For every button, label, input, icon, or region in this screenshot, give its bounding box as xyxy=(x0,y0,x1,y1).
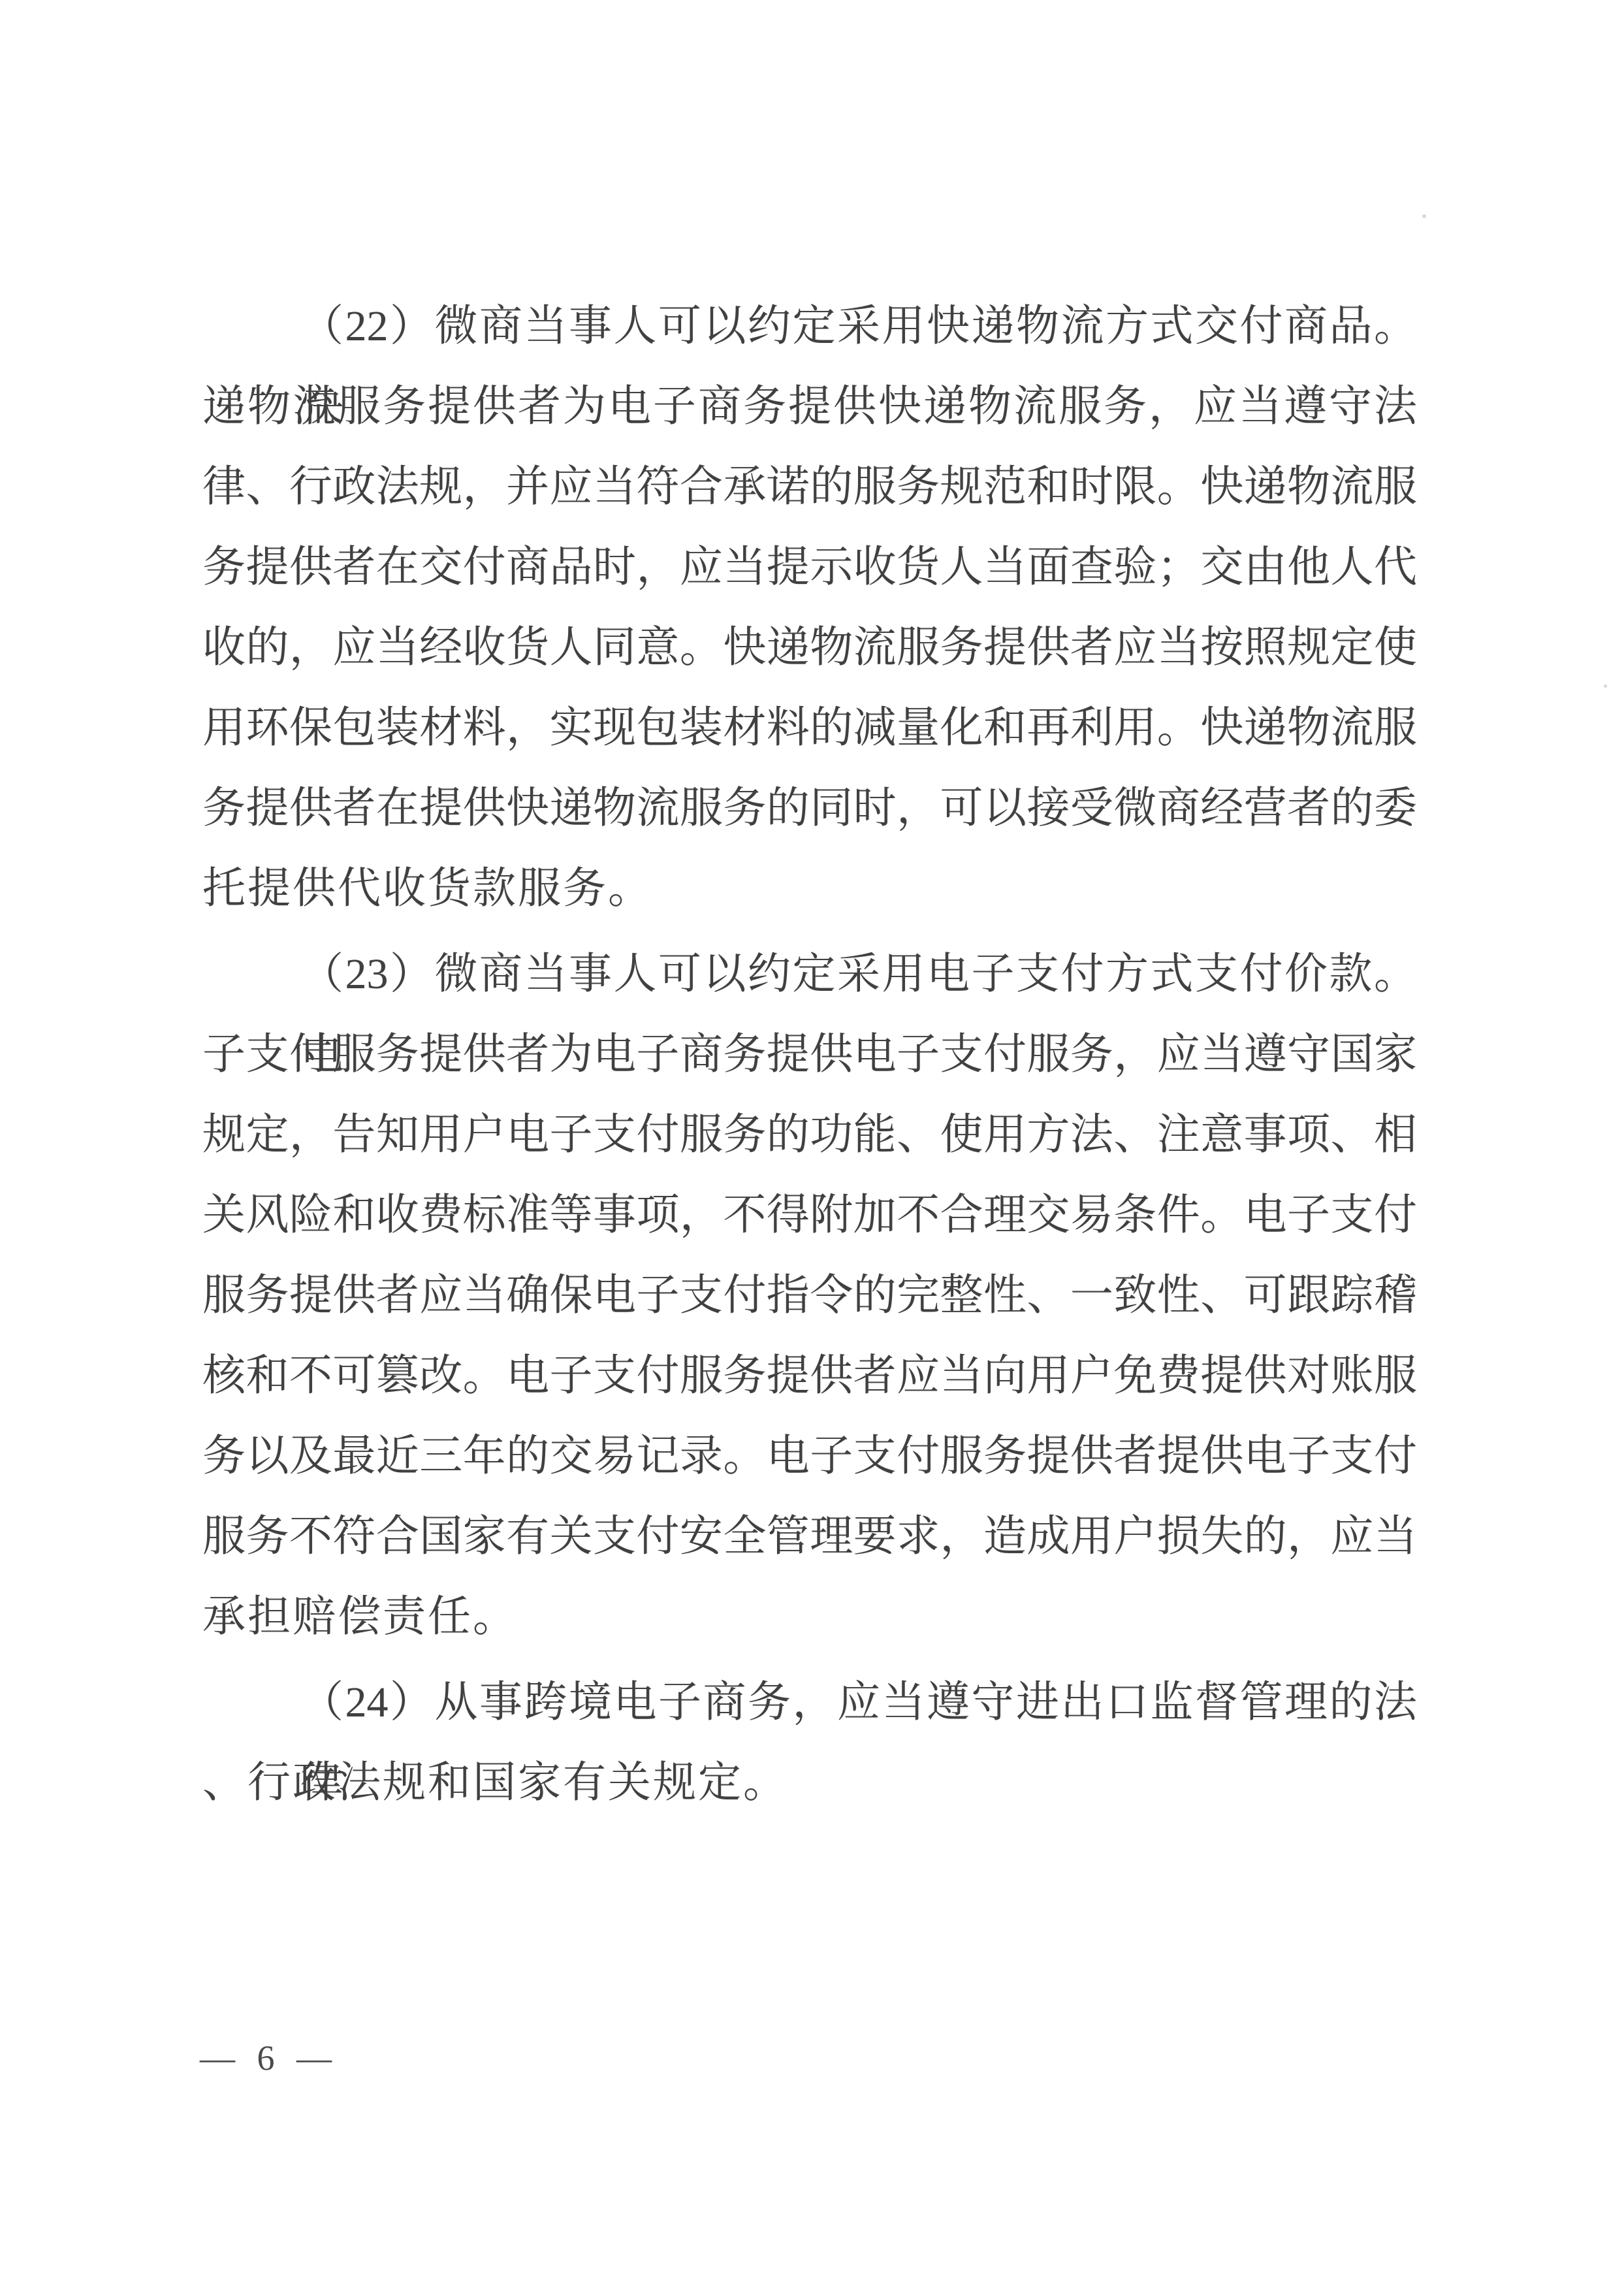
document-body: （22）微商当事人可以约定采用快递物流方式交付商品。快 递物流服务提供者为电子商… xyxy=(202,286,1417,1823)
paragraph-22-line-3: 律、行政法规，并应当符合承诺的服务规范和时限。快递物流服 xyxy=(202,447,1417,527)
paragraph-22: （22）微商当事人可以约定采用快递物流方式交付商品。快 递物流服务提供者为电子商… xyxy=(202,286,1417,929)
paragraph-22-line-7: 务提供者在提供快递物流服务的同时，可以接受微商经营者的委 xyxy=(202,768,1417,848)
paragraph-23-line-5: 服务提供者应当确保电子支付指令的完整性、一致性、可跟踪稽 xyxy=(202,1255,1417,1336)
paragraph-24-line-1: （24）从事跨境电子商务，应当遵守进出口监督管理的法律 xyxy=(202,1662,1417,1743)
paragraph-24: （24）从事跨境电子商务，应当遵守进出口监督管理的法律 、行政法规和国家有关规定… xyxy=(202,1662,1417,1823)
paragraph-23-line-7: 务以及最近三年的交易记录。电子支付服务提供者提供电子支付 xyxy=(202,1416,1417,1496)
paragraph-23-line-4: 关风险和收费标准等事项，不得附加不合理交易条件。电子支付 xyxy=(202,1175,1417,1255)
paragraph-22-line-6: 用环保包装材料，实现包装材料的减量化和再利用。快递物流服 xyxy=(202,688,1417,768)
paragraph-23-line-9: 承担赔偿责任。 xyxy=(202,1577,1417,1657)
paragraph-23-line-1: （23）微商当事人可以约定采用电子支付方式支付价款。电 xyxy=(202,934,1417,1014)
document-page: （22）微商当事人可以约定采用快递物流方式交付商品。快 递物流服务提供者为电子商… xyxy=(0,0,1624,2286)
paragraph-23-line-2: 子支付服务提供者为电子商务提供电子支付服务，应当遵守国家 xyxy=(202,1014,1417,1095)
scan-speck xyxy=(1604,684,1607,688)
paragraph-23-line-6: 核和不可篡改。电子支付服务提供者应当向用户免费提供对账服 xyxy=(202,1336,1417,1416)
paragraph-22-line-5: 收的，应当经收货人同意。快递物流服务提供者应当按照规定使 xyxy=(202,607,1417,688)
paragraph-22-line-4: 务提供者在交付商品时，应当提示收货人当面查验；交由他人代 xyxy=(202,527,1417,607)
paragraph-23-line-8: 服务不符合国家有关支付安全管理要求，造成用户损失的，应当 xyxy=(202,1496,1417,1577)
paragraph-23: （23）微商当事人可以约定采用电子支付方式支付价款。电 子支付服务提供者为电子商… xyxy=(202,934,1417,1657)
scan-speck xyxy=(1422,214,1426,218)
paragraph-22-line-1: （22）微商当事人可以约定采用快递物流方式交付商品。快 xyxy=(202,286,1417,366)
paragraph-24-line-2: 、行政法规和国家有关规定。 xyxy=(202,1743,1417,1823)
page-number: — 6 — xyxy=(200,2029,338,2087)
paragraph-23-line-3: 规定，告知用户电子支付服务的功能、使用方法、注意事项、相 xyxy=(202,1095,1417,1175)
paragraph-22-line-2: 递物流服务提供者为电子商务提供快递物流服务，应当遵守法 xyxy=(202,366,1417,447)
paragraph-22-line-8: 托提供代收货款服务。 xyxy=(202,848,1417,929)
